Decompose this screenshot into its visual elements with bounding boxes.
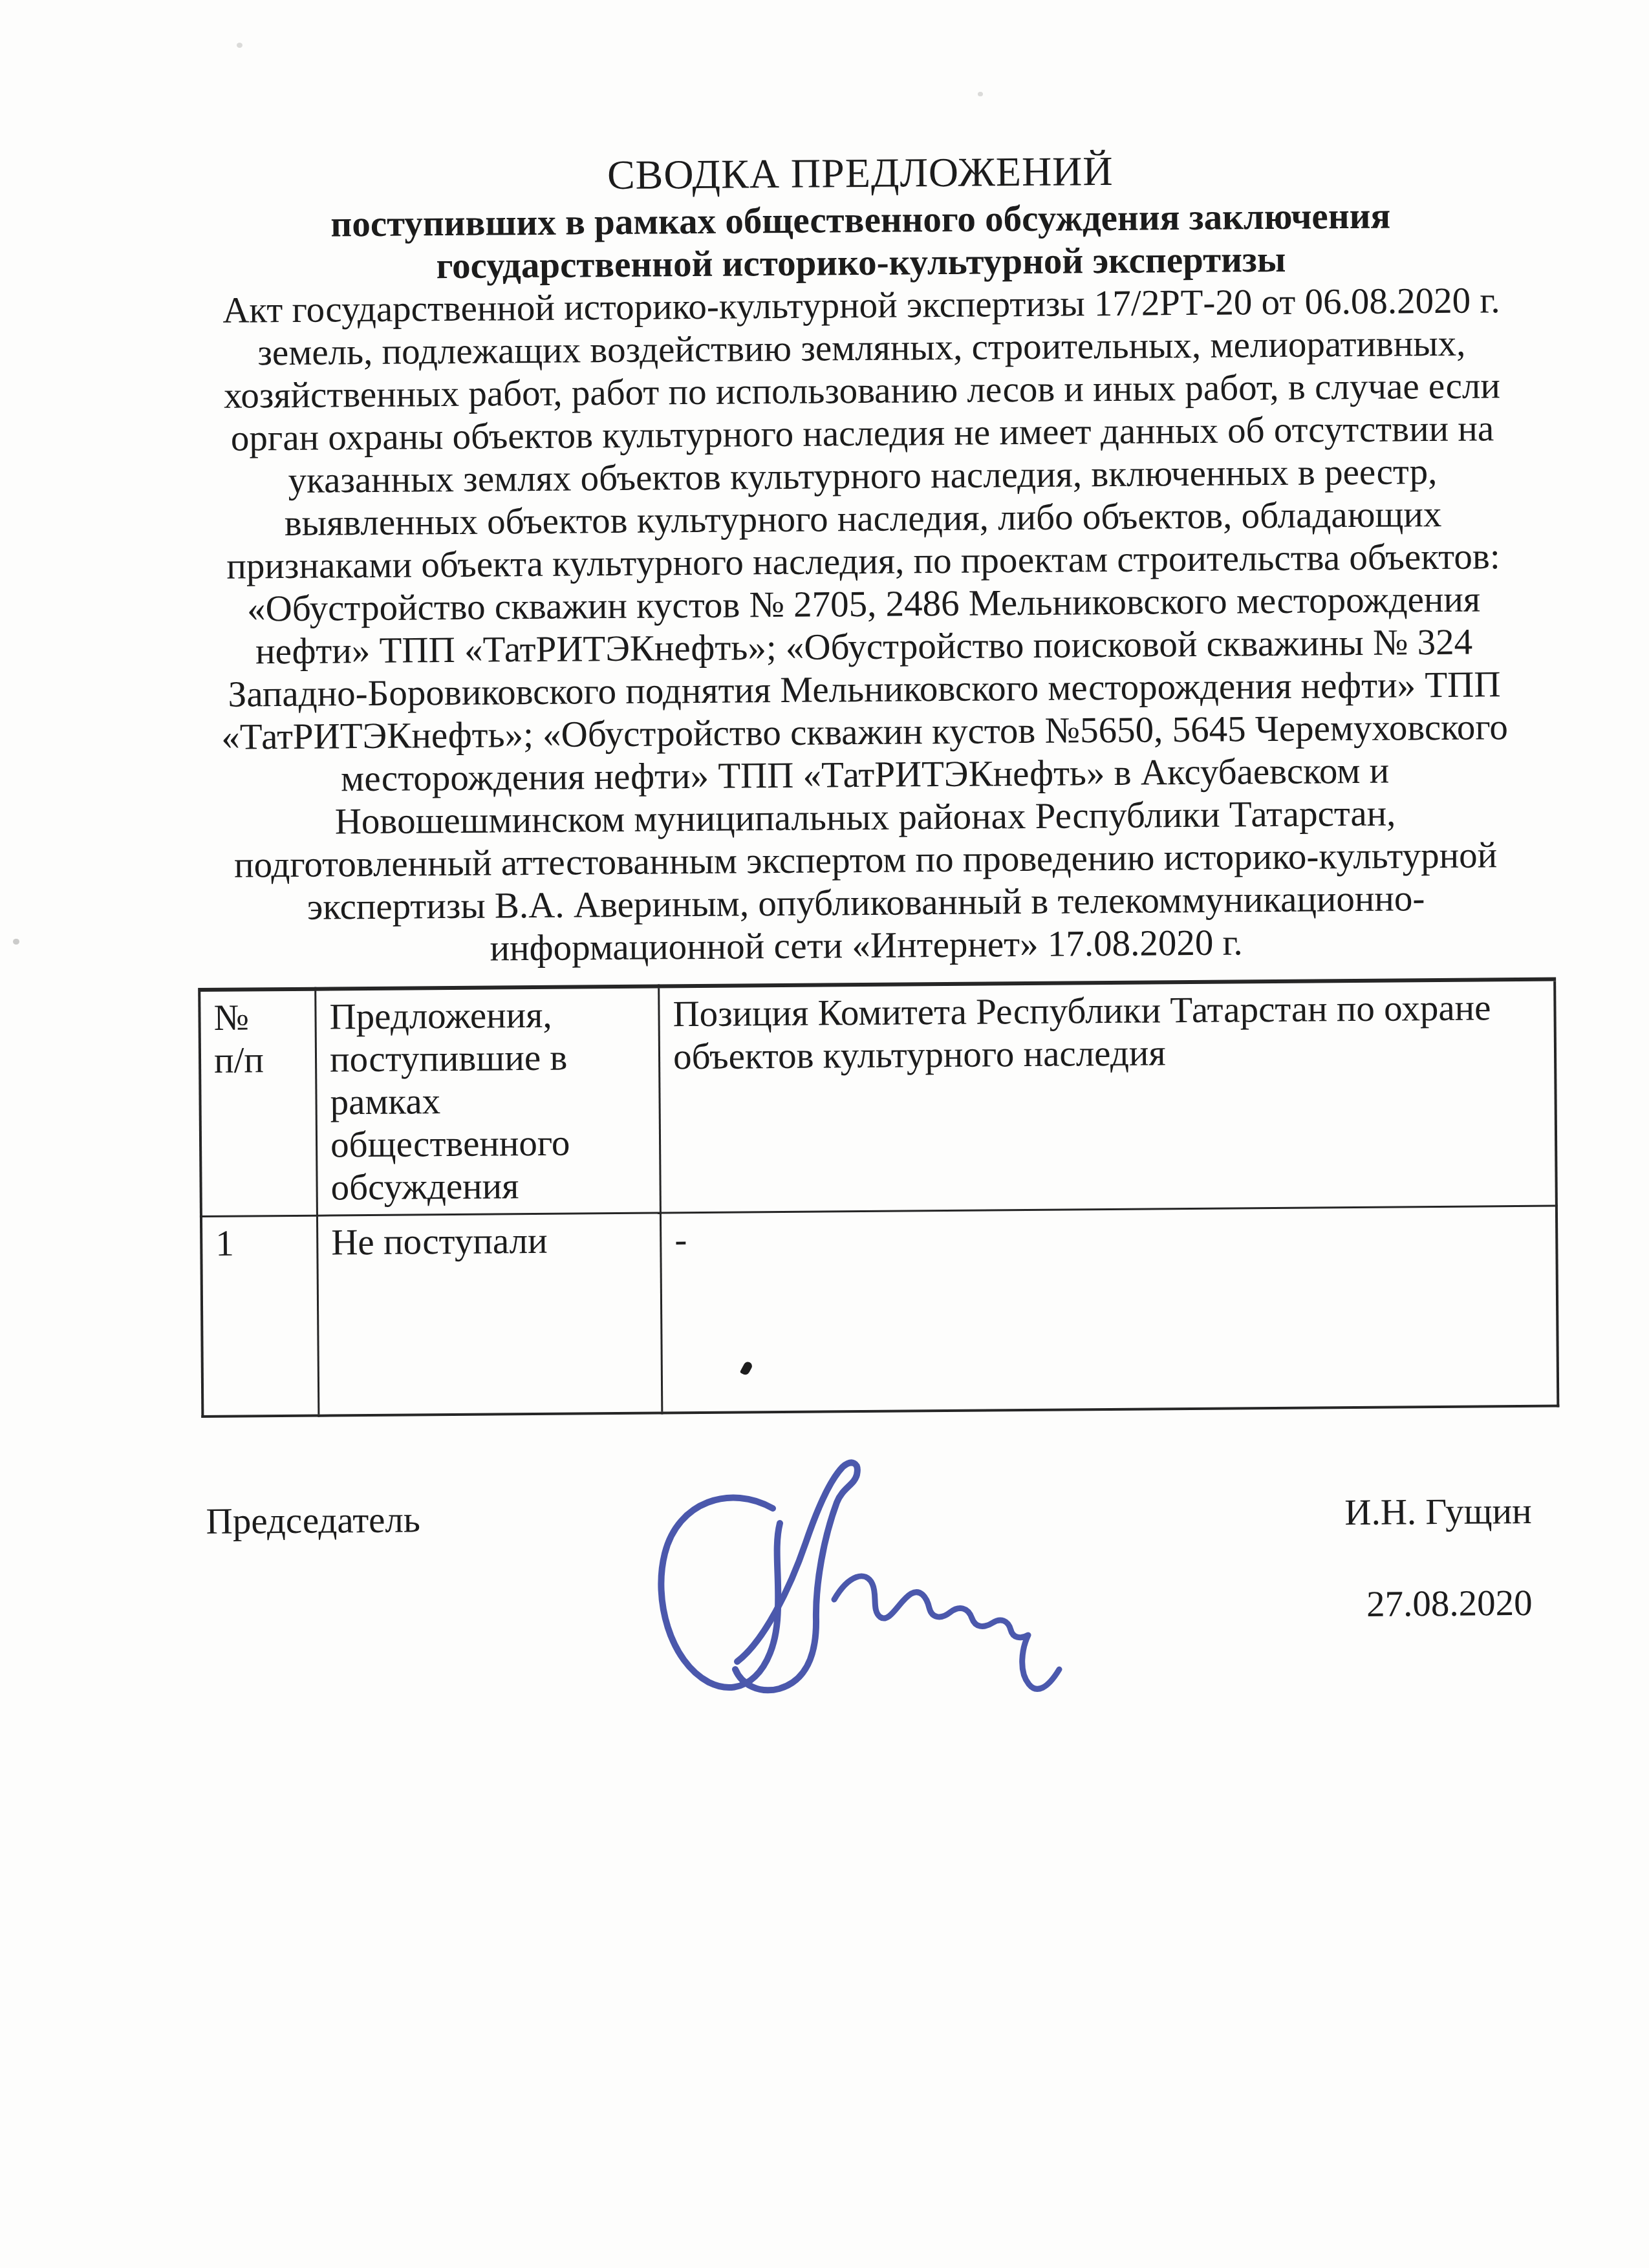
scan-dust-speck bbox=[237, 43, 242, 48]
handwritten-signature-icon bbox=[640, 1447, 1067, 1712]
signature-name-date: И.Н. Гущин 27.08.2020 bbox=[1344, 1490, 1533, 1626]
cell-proposals-value: Не поступали bbox=[317, 1213, 662, 1416]
cell-row-number: 1 bbox=[201, 1215, 319, 1417]
cell-position-value: - bbox=[660, 1206, 1558, 1413]
signature-date: 27.08.2020 bbox=[1345, 1582, 1533, 1626]
signature-role-label: Председатель bbox=[206, 1499, 421, 1635]
document-body-paragraph: Акт государственной историко-культурной … bbox=[171, 279, 1557, 973]
header-cell-proposals: Предложения, поступившие в рамках общест… bbox=[316, 986, 661, 1215]
table-row: 1 Не поступали - bbox=[201, 1206, 1558, 1417]
document-content: СВОДКА ПРЕДЛОЖЕНИЙ поступивших в рамках … bbox=[169, 142, 1562, 1636]
scan-dust-speck bbox=[978, 92, 983, 96]
signer-name: И.Н. Гущин bbox=[1344, 1490, 1532, 1534]
header-cell-committee-position: Позиция Комитета Республики Татарстан по… bbox=[659, 979, 1557, 1213]
header-cell-number: № п/п bbox=[199, 989, 317, 1217]
table-header-row: № п/п Предложения, поступившие в рамках … bbox=[199, 979, 1557, 1217]
scanned-document-page: СВОДКА ПРЕДЛОЖЕНИЙ поступивших в рамках … bbox=[0, 0, 1649, 2268]
document-subtitle: поступивших в рамках общественного обсуж… bbox=[170, 194, 1552, 290]
proposals-table: № п/п Предложения, поступившие в рамках … bbox=[198, 978, 1559, 1418]
scan-dust-speck bbox=[13, 939, 19, 945]
